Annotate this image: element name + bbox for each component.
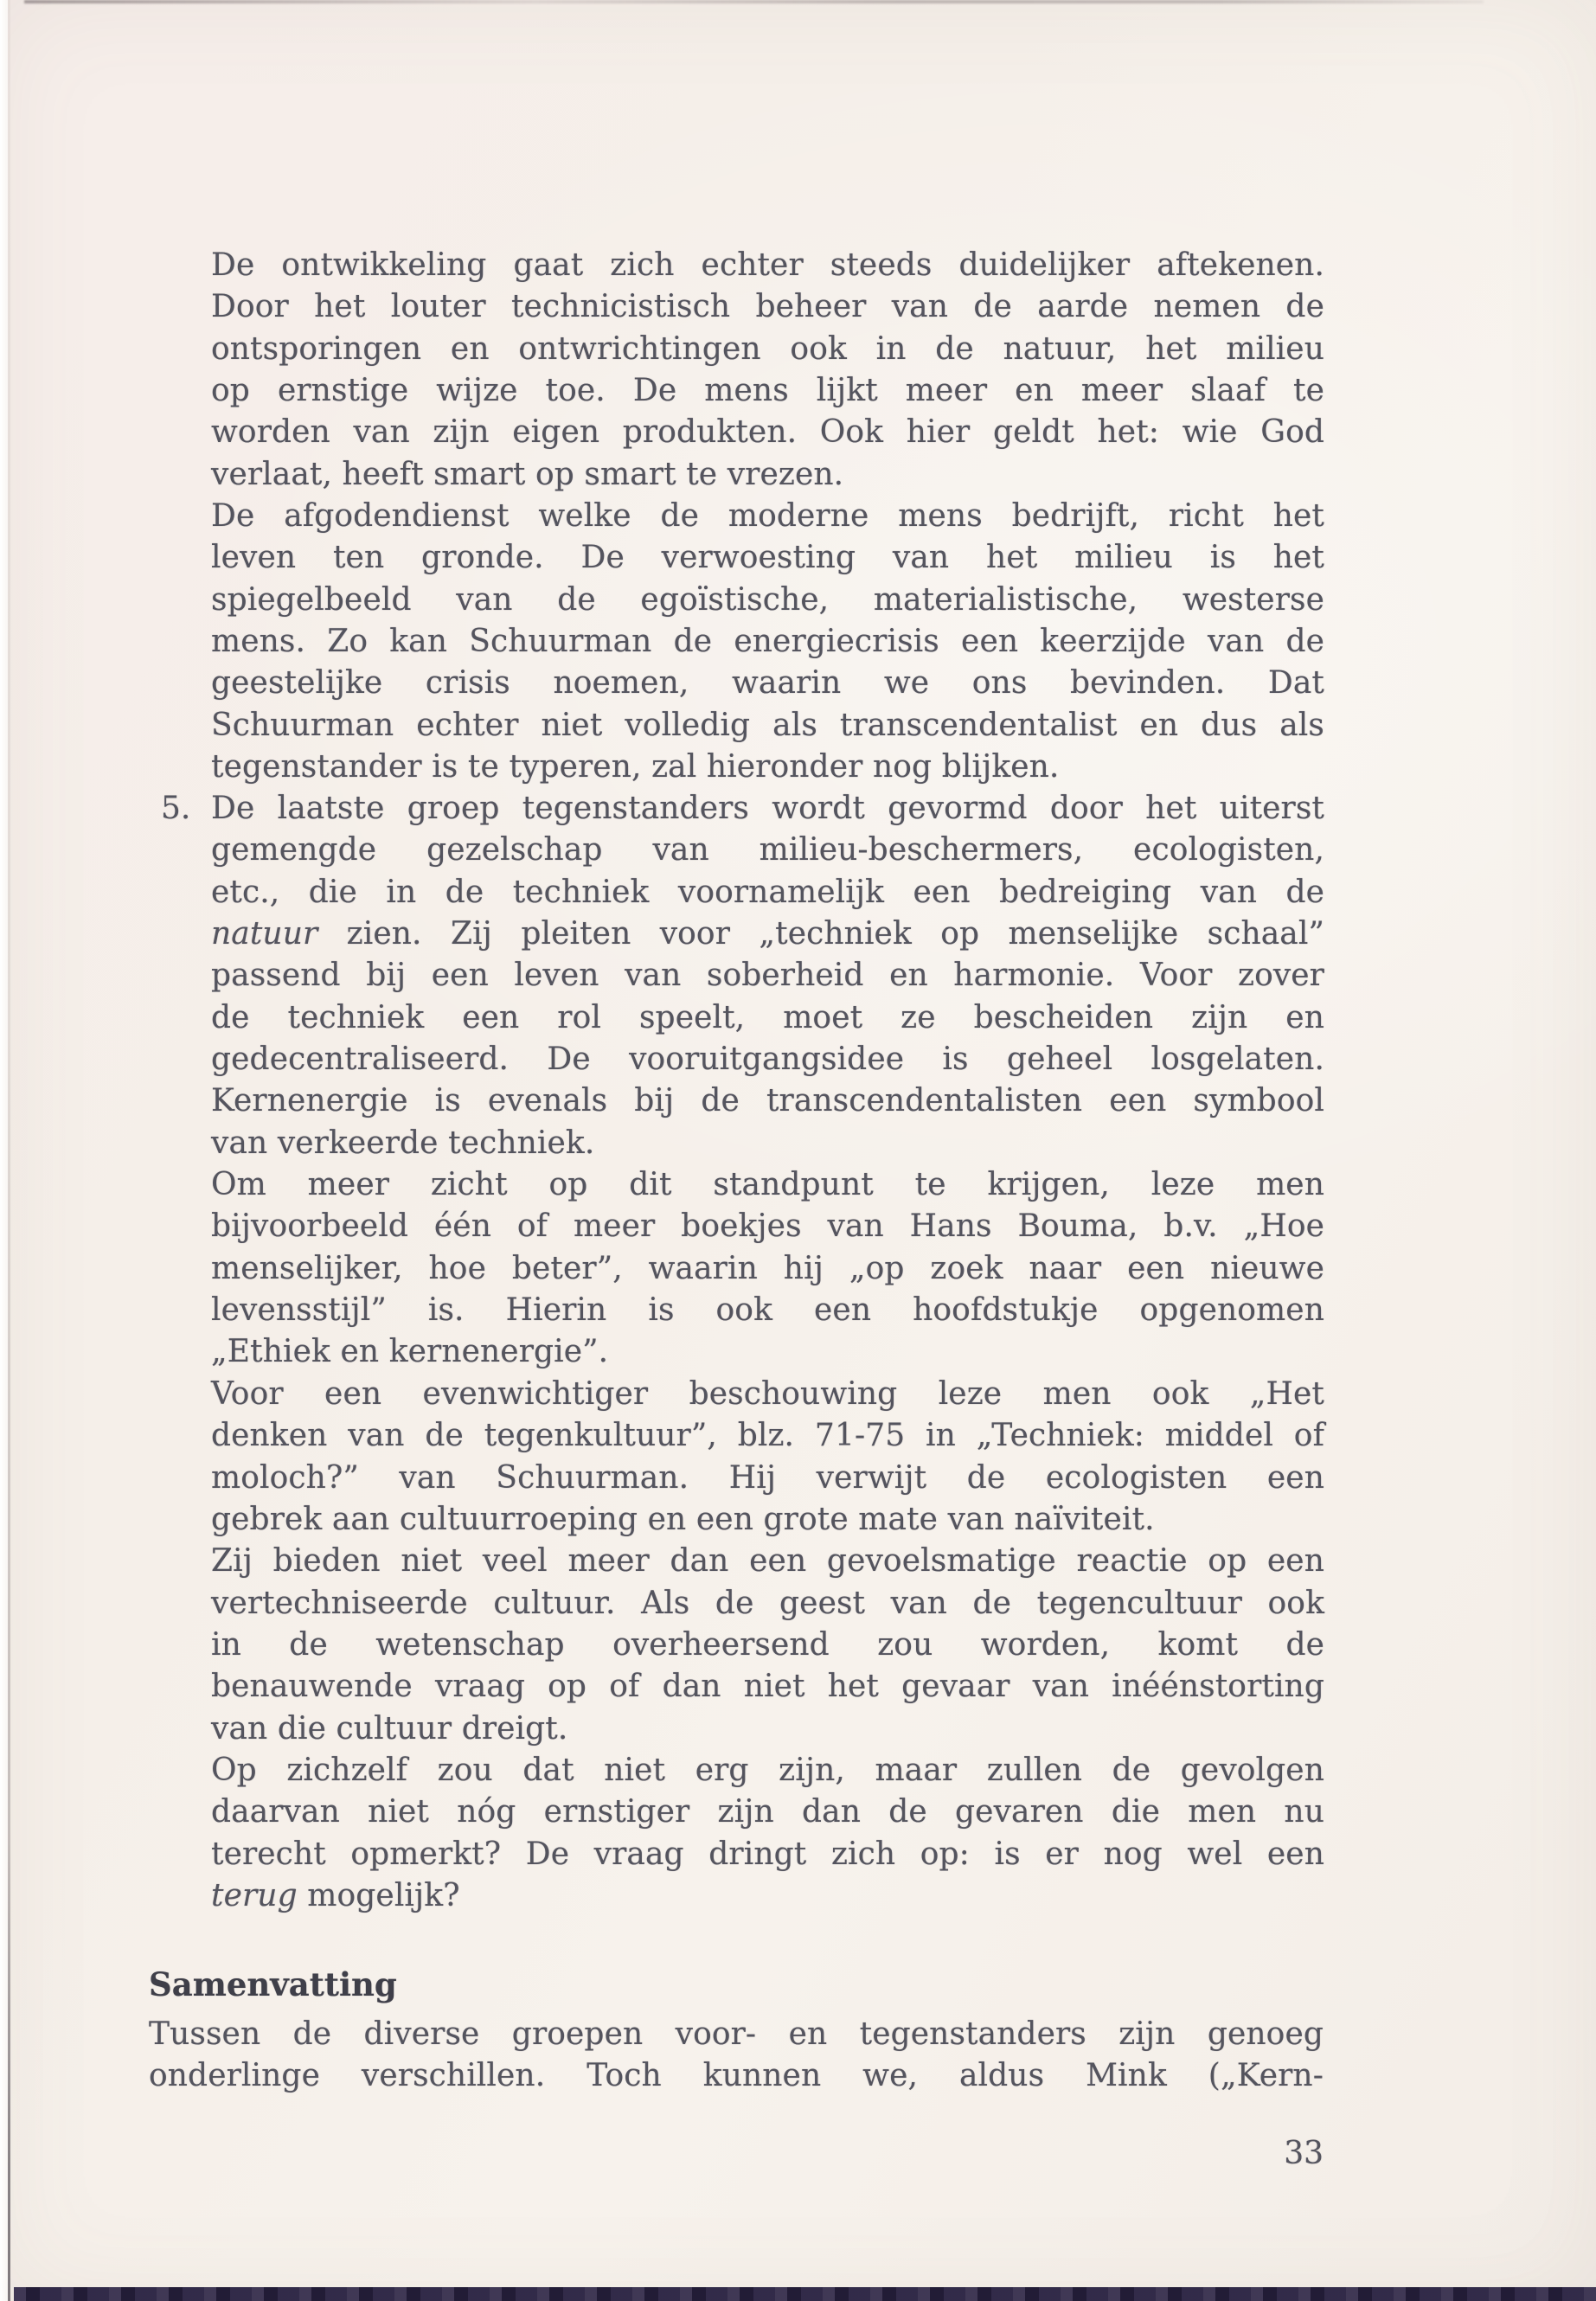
- text-line: in de wetenschap overheersend zou worden…: [211, 1625, 1324, 1666]
- text-segment: ontsporingen en ontwrichtingen ook in de…: [211, 331, 1324, 367]
- text-segment: gedecentraliseerd. De vooruitgangsidee i…: [211, 1042, 1324, 1077]
- text-segment: „Ethiek en kernenergie”.: [211, 1334, 608, 1369]
- text-segment: worden van zijn eigen produkten. Ook hie…: [211, 414, 1324, 450]
- text-line: gebrek aan cultuurroeping en een grote m…: [211, 1499, 1324, 1541]
- text-line: worden van zijn eigen produkten. Ook hie…: [211, 412, 1324, 453]
- text-line: Kernenergie is evenals bij de transcende…: [211, 1080, 1324, 1122]
- text-segment: terecht opmerkt? De vraag dringt zich op…: [211, 1836, 1324, 1872]
- text-segment: gebrek aan cultuurroeping en een grote m…: [211, 1502, 1155, 1537]
- text-segment: Om meer zicht op dit standpunt te krijge…: [211, 1167, 1324, 1202]
- text-segment: verlaat, heeft smart op smart te vrezen.: [211, 457, 843, 492]
- text-segment: Op zichzelf zou dat niet erg zijn, maar …: [211, 1753, 1324, 1788]
- text-line: geestelijke crisis noemen, waarin we ons…: [211, 663, 1324, 704]
- text-line: Zij bieden niet veel meer dan een gevoel…: [211, 1541, 1324, 1582]
- text-line: natuur zien. Zij pleiten voor „techniek …: [211, 913, 1324, 955]
- text-segment: De afgodendienst welke de moderne mens b…: [211, 498, 1324, 534]
- page-number: 33: [149, 2133, 1324, 2175]
- text-segment: zien. Zij pleiten voor „techniek op mens…: [317, 916, 1324, 952]
- text-line: Tussen de diverse groepen voor- en tegen…: [149, 2014, 1324, 2055]
- text-line: de techniek een rol speelt, moet ze besc…: [211, 997, 1324, 1039]
- text-segment: bijvoorbeeld één of meer boekjes van Han…: [211, 1208, 1324, 1244]
- text-segment: spiegelbeeld van de egoïstische, materia…: [211, 582, 1324, 618]
- text-line: benauwende vraag op of dan niet het geva…: [211, 1666, 1324, 1708]
- text-segment: van verkeerde techniek.: [211, 1125, 594, 1161]
- book-page: De ontwikkeling gaat zich echter steeds …: [0, 0, 1596, 2301]
- text-line: onderlinge verschillen. Toch kunnen we, …: [149, 2055, 1324, 2097]
- text-segment: gemengde gezelschap van milieu-bescherme…: [211, 832, 1324, 868]
- text-line: leven ten gronde. De verwoesting van het…: [211, 537, 1324, 579]
- paragraph-continuation: De ontwikkeling gaat zich echter steeds …: [211, 245, 1324, 788]
- text-segment: etc., die in de techniek voornamelijk ee…: [211, 875, 1324, 910]
- text-segment: Door het louter technicistisch beheer va…: [211, 289, 1324, 324]
- scan-top-edge: [24, 0, 1484, 3]
- text-line: van verkeerde techniek.: [211, 1123, 1324, 1164]
- text-segment: mens. Zo kan Schuurman de energiecrisis …: [211, 624, 1324, 659]
- text-segment: denken van de tegenkultuur”, blz. 71-75 …: [211, 1418, 1324, 1453]
- section-heading-samenvatting: Samenvatting: [149, 1964, 1324, 2005]
- text-line: mens. Zo kan Schuurman de energiecrisis …: [211, 621, 1324, 663]
- text-line: ontsporingen en ontwrichtingen ook in de…: [211, 329, 1324, 370]
- text-segment: levensstijl” is. Hierin is ook een hoofd…: [211, 1292, 1324, 1328]
- text-line: Voor een evenwichtiger beschouwing leze …: [211, 1374, 1324, 1415]
- text-segment: Schuurman echter niet volledig als trans…: [211, 708, 1324, 743]
- text-line: bijvoorbeeld één of meer boekjes van Han…: [211, 1206, 1324, 1247]
- text-line: De laatste groep tegenstanders wordt gev…: [211, 788, 1324, 830]
- text-segment: De laatste groep tegenstanders wordt gev…: [211, 791, 1324, 826]
- text-line: passend bij een leven van soberheid en h…: [211, 955, 1324, 997]
- text-segment: benauwende vraag op of dan niet het geva…: [211, 1669, 1324, 1704]
- text-segment: menselijker, hoe beter”, waarin hij „op …: [211, 1251, 1324, 1286]
- text-line: daarvan niet nóg ernstiger zijn dan de g…: [211, 1791, 1324, 1833]
- list-number-5: 5.: [161, 788, 190, 830]
- text-line: denken van de tegenkultuur”, blz. 71-75 …: [211, 1415, 1324, 1457]
- text-segment: Voor een evenwichtiger beschouwing leze …: [211, 1376, 1324, 1412]
- summary-paragraph: Tussen de diverse groepen voor- en tegen…: [149, 2014, 1324, 2098]
- text-line: levensstijl” is. Hierin is ook een hoofd…: [211, 1290, 1324, 1331]
- text-segment: mogelijk?: [298, 1878, 460, 1913]
- text-line: terug mogelijk?: [211, 1875, 1324, 1917]
- text-segment: op ernstige wijze toe. De mens lijkt mee…: [211, 373, 1324, 408]
- list-item-5-text: De laatste groep tegenstanders wordt gev…: [211, 788, 1324, 1917]
- text-line: etc., die in de techniek voornamelijk ee…: [211, 872, 1324, 913]
- text-segment: vertechniseerde cultuur. Als de geest va…: [211, 1586, 1324, 1621]
- italic-text: terug: [211, 1878, 298, 1913]
- text-line: Om meer zicht op dit standpunt te krijge…: [211, 1164, 1324, 1206]
- text-segment: geestelijke crisis noemen, waarin we ons…: [211, 665, 1324, 701]
- text-line: menselijker, hoe beter”, waarin hij „op …: [211, 1248, 1324, 1290]
- text-segment: de techniek een rol speelt, moet ze besc…: [211, 1000, 1324, 1035]
- text-segment: onderlinge verschillen. Toch kunnen we, …: [149, 2058, 1324, 2093]
- text-line: Door het louter technicistisch beheer va…: [211, 286, 1324, 328]
- page-left-seam: [8, 0, 10, 2301]
- text-line: Op zichzelf zou dat niet erg zijn, maar …: [211, 1750, 1324, 1791]
- italic-text: natuur: [211, 916, 317, 952]
- text-line: verlaat, heeft smart op smart te vrezen.: [211, 454, 1324, 496]
- text-line: Schuurman echter niet volledig als trans…: [211, 705, 1324, 747]
- text-line: De ontwikkeling gaat zich echter steeds …: [211, 245, 1324, 286]
- text-segment: leven ten gronde. De verwoesting van het…: [211, 540, 1324, 575]
- text-line: De afgodendienst welke de moderne mens b…: [211, 496, 1324, 537]
- text-line: van die cultuur dreigt.: [211, 1708, 1324, 1750]
- text-line: moloch?” van Schuurman. Hij verwijt de e…: [211, 1458, 1324, 1499]
- scan-bottom-edge: [14, 2287, 1596, 2301]
- text-line: op ernstige wijze toe. De mens lijkt mee…: [211, 370, 1324, 412]
- text-line: vertechniseerde cultuur. Als de geest va…: [211, 1583, 1324, 1625]
- text-segment: daarvan niet nóg ernstiger zijn dan de g…: [211, 1794, 1324, 1830]
- text-line: „Ethiek en kernenergie”.: [211, 1331, 1324, 1373]
- text-segment: in de wetenschap overheersend zou worden…: [211, 1627, 1324, 1663]
- text-segment: van die cultuur dreigt.: [211, 1711, 567, 1747]
- text-line: terecht opmerkt? De vraag dringt zich op…: [211, 1834, 1324, 1875]
- text-line: gedecentraliseerd. De vooruitgangsidee i…: [211, 1039, 1324, 1080]
- page-left-edge: [0, 0, 8, 2301]
- text-line: tegenstander is te typeren, zal hieronde…: [211, 747, 1324, 788]
- text-segment: De ontwikkeling gaat zich echter steeds …: [211, 247, 1324, 283]
- text-segment: Zij bieden niet veel meer dan een gevoel…: [211, 1543, 1324, 1579]
- text-segment: tegenstander is te typeren, zal hieronde…: [211, 749, 1059, 785]
- text-line: spiegelbeeld van de egoïstische, materia…: [211, 580, 1324, 621]
- text-segment: moloch?” van Schuurman. Hij verwijt de e…: [211, 1460, 1324, 1496]
- text-segment: passend bij een leven van soberheid en h…: [211, 958, 1324, 993]
- text-segment: Tussen de diverse groepen voor- en tegen…: [149, 2016, 1324, 2052]
- text-segment: Kernenergie is evenals bij de transcende…: [211, 1083, 1324, 1118]
- text-line: gemengde gezelschap van milieu-bescherme…: [211, 830, 1324, 871]
